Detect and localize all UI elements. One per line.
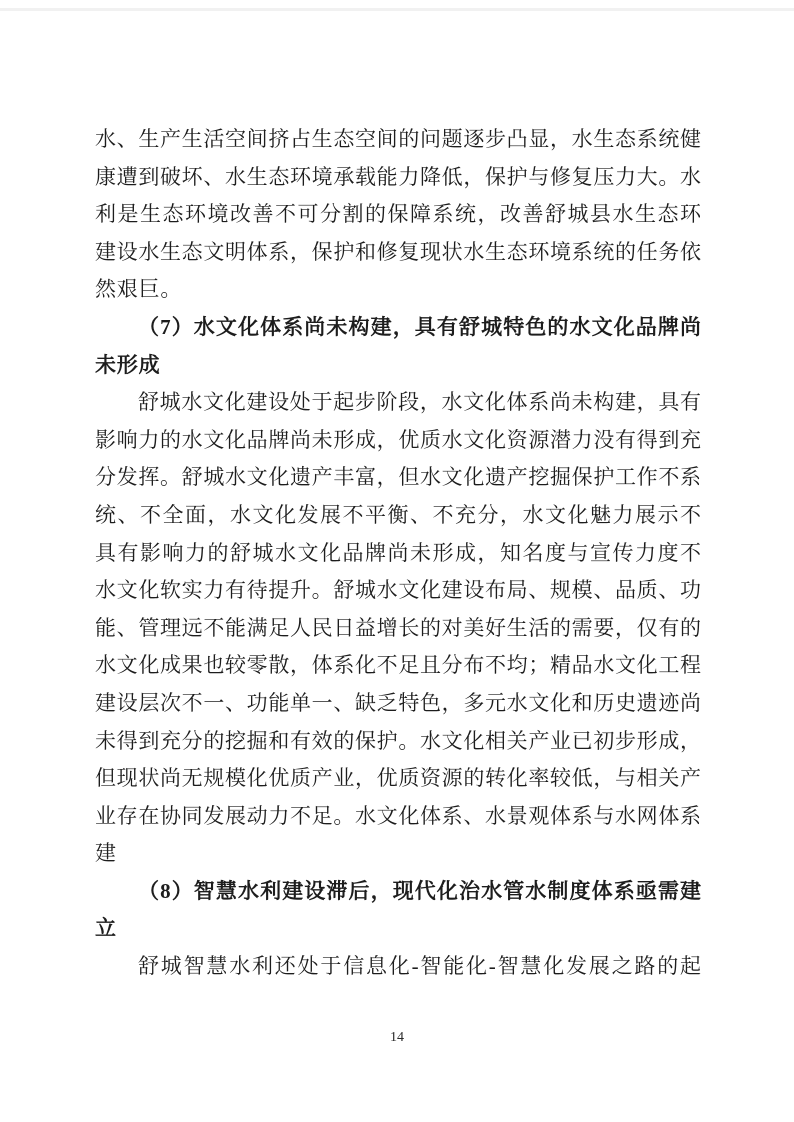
body-text-line: 分发挥。舒城水文化遗产丰富，但水文化遗产挖掘保护工作不系 — [95, 459, 701, 497]
body-text-line: 影响力的水文化品牌尚未形成，优质水文化资源潜力没有得到充 — [95, 422, 701, 460]
section-heading-8-line: 立 — [95, 910, 701, 948]
body-text-line: 建 — [95, 835, 701, 873]
body-text-line: 利是生态环境改善不可分割的保障系统，改善舒城县水生态环境， — [95, 196, 701, 234]
body-text-line: 未得到充分的挖掘和有效的保护。水文化相关产业已初步形成， — [95, 723, 701, 761]
document-body: 水、生产生活空间挤占生态空间的问题逐步凸显，水生态系统健 康遭到破坏、水生态环境… — [95, 121, 701, 986]
body-text-line: 但现状尚无规模化优质产业，优质资源的转化率较低，与相关产 — [95, 760, 701, 798]
body-text-line: 康遭到破坏、水生态环境承载能力降低，保护与修复压力大。水 — [95, 159, 701, 197]
body-text-line: 建设水生态文明体系，保护和修复现状水生态环境系统的任务依 — [95, 234, 701, 272]
section-heading-7-line: （7）水文化体系尚未构建，具有舒城特色的水文化品牌尚 — [95, 309, 701, 347]
page-top-edge-shadow — [0, 8, 794, 11]
document-page: 水、生产生活空间挤占生态空间的问题逐步凸显，水生态系统健 康遭到破坏、水生态环境… — [0, 0, 794, 1122]
body-text-line: 统、不全面，水文化发展不平衡、不充分，水文化魅力展示不足。 — [95, 497, 701, 535]
body-text-line: 然艰巨。 — [95, 271, 701, 309]
body-text-line: 具有影响力的舒城水文化品牌尚未形成，知名度与宣传力度不够， — [95, 535, 701, 573]
body-text-line: 舒城智慧水利还处于信息化-智能化-智慧化发展之路的起 — [95, 948, 701, 986]
body-text-line: 舒城水文化建设处于起步阶段，水文化体系尚未构建，具有 — [95, 384, 701, 422]
section-heading-8-line: （8）智慧水利建设滞后，现代化治水管水制度体系亟需建 — [95, 873, 701, 911]
body-text-line: 能、管理远不能满足人民日益增长的对美好生活的需要，仅有的 — [95, 610, 701, 648]
section-heading-7-line: 未形成 — [95, 347, 701, 385]
body-text-line: 水文化软实力有待提升。舒城水文化建设布局、规模、品质、功 — [95, 572, 701, 610]
body-text-line: 业存在协同发展动力不足。水文化体系、水景观体系与水网体系 — [95, 798, 701, 836]
body-text-line: 水文化成果也较零散，体系化不足且分布不均；精品水文化工程 — [95, 647, 701, 685]
page-number: 14 — [0, 1028, 794, 1048]
body-text-line: 建设层次不一、功能单一、缺乏特色，多元水文化和历史遗迹尚 — [95, 685, 701, 723]
body-text-line: 水、生产生活空间挤占生态空间的问题逐步凸显，水生态系统健 — [95, 121, 701, 159]
